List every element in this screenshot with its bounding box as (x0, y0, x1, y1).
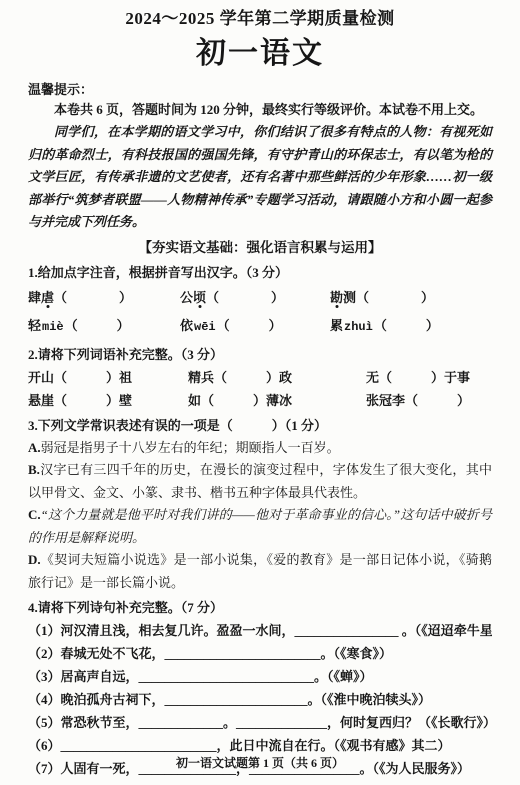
question-1-stem: 1.给加点字注音，根据拼音写出汉字。（3 分） (28, 262, 492, 284)
q1-word-gongqing: 公顷（ ） (180, 284, 330, 312)
q4-line-2: （2）春城无处不飞花，________________________。（《寒食… (28, 642, 492, 665)
question-1-row2: 轻miè（ ） 依wēi（ ） 累zhuì（ ） (28, 312, 492, 341)
option-a-text: 弱冠是指男子十八岁左右的年纪；期颐指人一百岁。 (41, 440, 340, 455)
exam-title-line1: 2024～2025 学年第二学期质量检测 (28, 6, 492, 32)
option-b-label: B. (28, 462, 40, 477)
notice-label: 温馨提示： (28, 80, 492, 100)
question-2-row1: 开山（ ）祖 精兵（ ）政 无（ ）于事 (28, 366, 492, 389)
notice-line: 本卷共 6 页，答题时间为 120 分钟，最终实行等级评价。本试卷不用上交。 (28, 100, 492, 120)
question-1-row1: 肆虐（ ） 公顷（ ） 勘测（ ） (28, 284, 492, 312)
q1-word-yiwei: 依wēi（ ） (180, 312, 330, 341)
intro-paragraph: 同学们，在本学期的语文学习中，你们结识了很多有特点的人物：有视死如归的革命烈士，… (28, 121, 492, 234)
q1-word-qingmie-pinyin: miè (42, 320, 64, 334)
option-c-text: “这个力量就是他平时对我们讲的——他对于革命事业的信心。”这句话中破折号的作用是… (28, 507, 492, 545)
q1-word-sinue-answer-blank: （ ） (54, 290, 132, 305)
q1-word-sinue-before: 肆 (28, 290, 41, 305)
q1-word-yiwei-answer-blank: （ ） (217, 318, 282, 333)
option-c-label: C. (28, 507, 41, 522)
q1-word-kance: 勘测（ ） (330, 284, 492, 312)
q2-idiom-2: 精兵（ ）政 (188, 366, 366, 389)
option-d-label: D. (28, 552, 41, 567)
question-3-option-d: D.《契诃夫短篇小说选》是一部小说集，《爱的教育》是一部日记体小说，《骑鹅旅行记… (28, 549, 492, 594)
question-3-stem: 3.下列文学常识表述有误的一项是（ ）（1 分） (28, 415, 492, 437)
q1-word-yiwei-pinyin: wēi (194, 320, 216, 334)
q1-word-gongqing-answer-blank: （ ） (206, 290, 284, 305)
section-header: 【夯实语文基础：强化语言积累与运用】 (28, 237, 492, 259)
q1-word-gongqing-before: 公 (180, 290, 193, 305)
question-3-option-b: B.汉字已有三四千年的历史，在漫长的演变过程中，字体发生了很大变化，其中以甲骨文… (28, 459, 492, 504)
q1-word-qingmie-answer-blank: （ ） (65, 318, 130, 333)
option-b-text: 汉字已有三四千年的历史，在漫长的演变过程中，字体发生了很大变化，其中以甲骨文、金… (28, 462, 492, 500)
q1-word-leizhui-answer-blank: （ ） (374, 318, 439, 333)
q1-word-qingmie: 轻miè（ ） (28, 312, 180, 341)
q2-idiom-4: 悬崖（ ）壁 (28, 389, 188, 412)
q1-word-leizhui: 累zhuì（ ） (330, 312, 492, 341)
option-d-text: 《契诃夫短篇小说选》是一部小说集，《爱的教育》是一部日记体小说，《骑鹅旅行记》是… (28, 552, 492, 590)
q4-line-4: （4）晚泊孤舟古祠下，______________________。（《淮中晚泊… (28, 688, 492, 711)
q2-idiom-1: 开山（ ）祖 (28, 366, 188, 389)
q1-word-leizhui-pinyin: zhuì (344, 320, 373, 334)
option-a-label: A. (28, 440, 41, 455)
q1-word-leizhui-hanzi: 累 (330, 318, 343, 333)
q2-idiom-3: 无（ ）于事 (366, 366, 492, 389)
q1-word-sinue-dotted-char: 虐 (41, 290, 54, 305)
q2-idiom-5: 如（ ）薄冰 (188, 389, 366, 412)
q1-word-yiwei-hanzi: 依 (180, 318, 193, 333)
q2-idiom-6: 张冠李（ ） (366, 389, 492, 412)
exam-paper-page: 2024～2025 学年第二学期质量检测 初一语文 温馨提示： 本卷共 6 页，… (0, 0, 520, 785)
exam-title-line2: 初一语文 (28, 34, 492, 74)
q1-word-kance-after: 测 (343, 290, 356, 305)
page-footer: 初一语文试题第 1 页（共 6 页） (0, 754, 520, 771)
question-2-row2: 悬崖（ ）壁 如（ ）薄冰 张冠李（ ） (28, 389, 492, 412)
q1-word-kance-answer-blank: （ ） (356, 290, 434, 305)
question-2-stem: 2.请将下列词语补充完整。（3 分） (28, 344, 492, 366)
q1-word-sinue: 肆虐（ ） (28, 284, 180, 312)
q4-line-3: （3）居高声自远，___________________________。（《蝉… (28, 665, 492, 688)
q4-line-1: （1）河汉清且浅，相去复几许。盈盈一水间，________________ 。（… (28, 619, 492, 642)
question-3-option-a: A.弱冠是指男子十八岁左右的年纪；期颐指人一百岁。 (28, 437, 492, 460)
q1-word-kance-dotted-char: 勘 (330, 290, 343, 305)
q1-word-gongqing-dotted-char: 顷 (193, 290, 206, 305)
q4-line-5: （5）常恐秋节至，_____________。______________，何时… (28, 711, 492, 734)
question-4-stem: 4.请将下列诗句补充完整。（7 分） (28, 597, 492, 619)
q1-word-qingmie-hanzi: 轻 (28, 318, 41, 333)
question-3-option-c: C.“这个力量就是他平时对我们讲的——他对于革命事业的信心。”这句话中破折号的作… (28, 504, 492, 549)
